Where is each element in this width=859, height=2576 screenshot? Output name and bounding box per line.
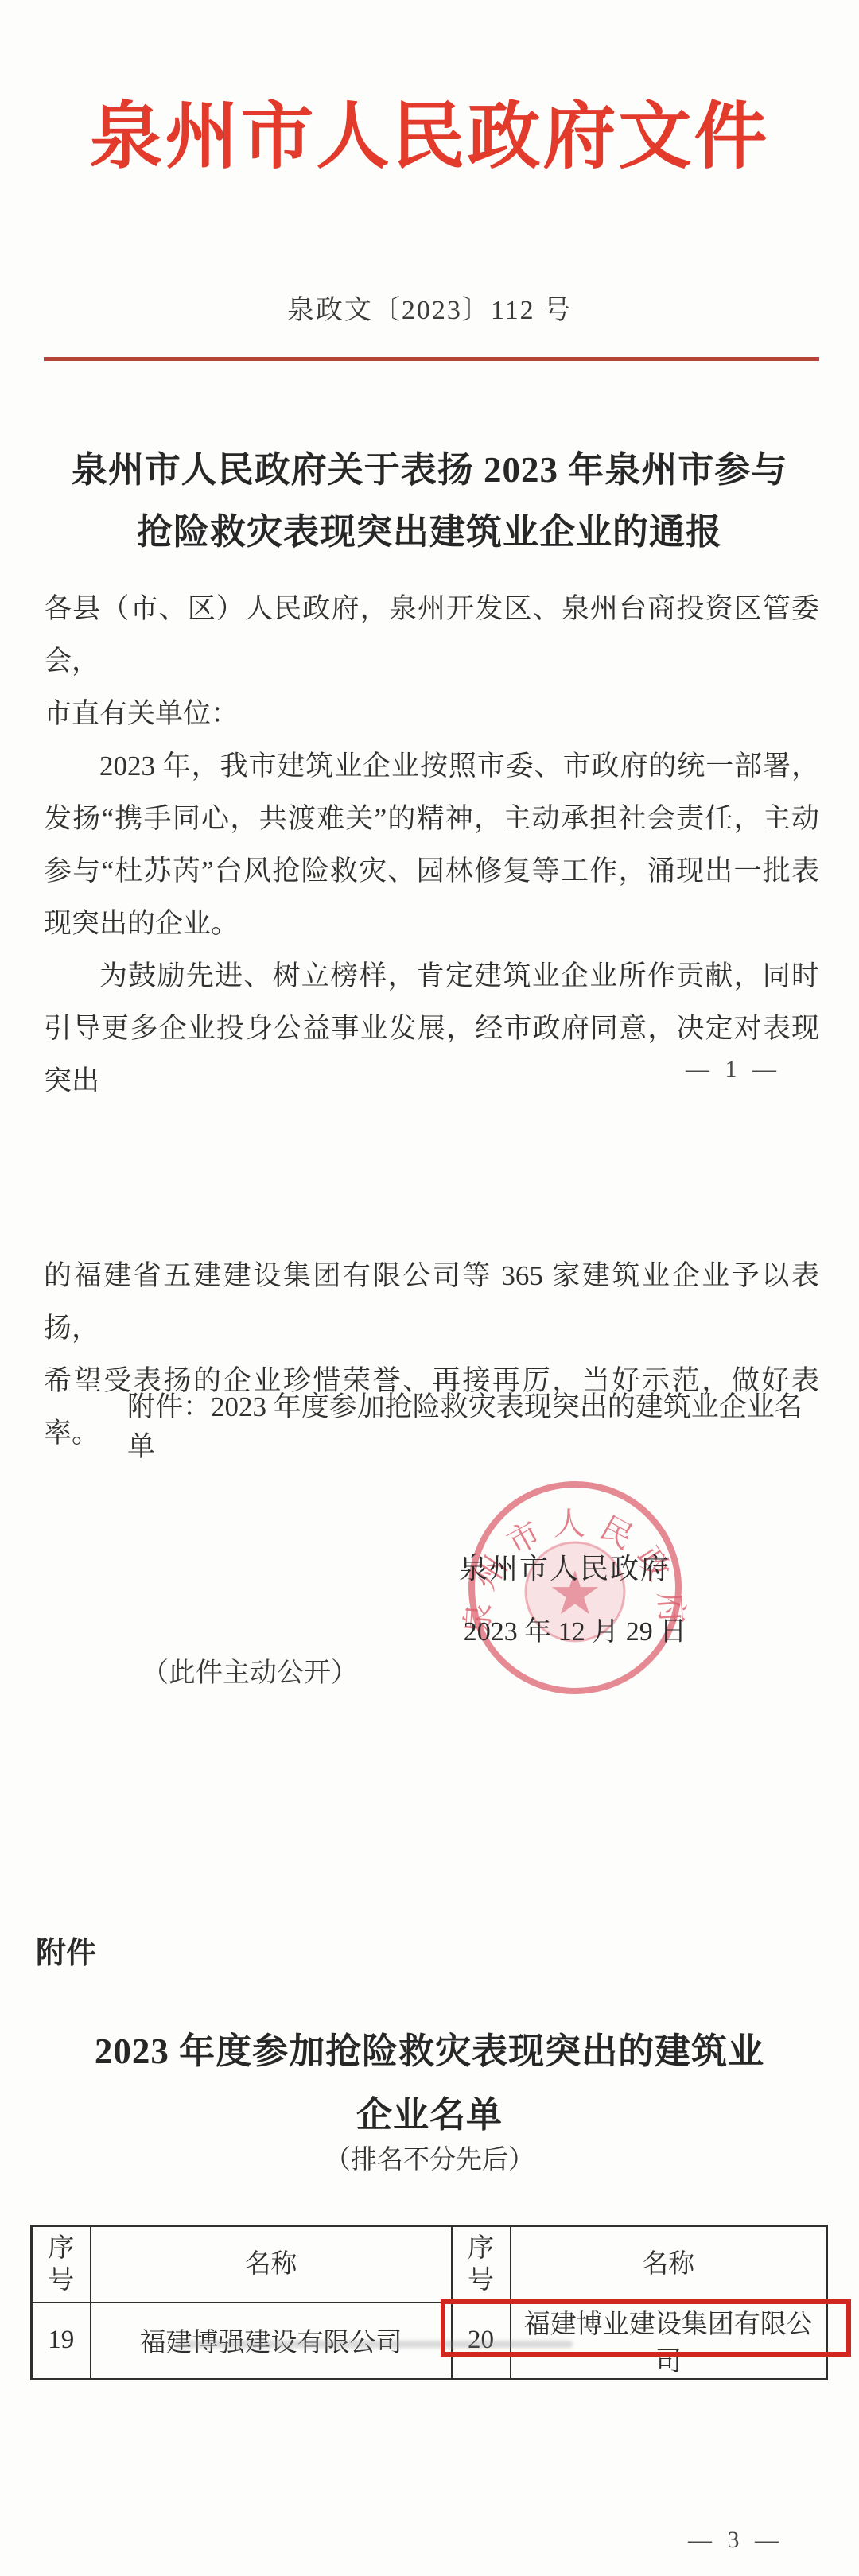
document-body: 各县（市、区）人民政府，泉州开发区、泉州台商投资区管委会， 市直有关单位： 20… [44,583,819,1108]
signature-date: 2023 年 12 月 29 日 [460,1609,690,1648]
attachment-note: 附件：2023 年度参加抢险救灾表现突出的建筑业企业名单 [127,1385,827,1465]
header-serial-right: 序号 [452,2226,511,2302]
header-name-left: 名称 [91,2226,452,2302]
attachment-title-line2: 企业名单 [32,2083,827,2147]
government-seal: ★ 泉州市人民政府 [460,1472,690,1703]
scanned-document: 泉州市人民政府文件 泉政文〔2023〕112 号 泉州市人民政府关于表扬 202… [0,0,859,2576]
document-number: 泉政文〔2023〕112 号 [0,288,859,327]
publicity-note: （此件主动公开） [142,1651,358,1690]
header-name-right: 名称 [511,2226,827,2302]
attachment-title-line1: 2023 年度参加抢险救灾表现突出的建筑业 [32,2019,827,2083]
document-title-line1: 泉州市人民政府关于表扬 2023 年泉州市参与 [32,439,827,501]
signer-authority: 泉州市人民政府 [429,1546,700,1587]
body-paragraph-1: 2023 年，我市建筑业企业按照市委、市政府的统一部署，发扬“携手同心，共渡难关… [44,740,819,950]
header-serial-left: 序号 [32,2226,91,2302]
government-banner-title: 泉州市人民政府文件 [0,73,859,200]
highlight-box [441,2299,851,2357]
attachment-title: 2023 年度参加抢险救灾表现突出的建筑业 企业名单 [32,2019,827,2147]
document-title-line2: 抢险救灾表现突出建筑业企业的通报 [32,501,827,563]
red-divider-rule [44,357,819,361]
table-header-row: 序号 名称 序号 名称 [32,2226,827,2302]
page-number-3: — 3 — [688,2527,783,2554]
attachment-subtitle: （排名不分先后） [0,2139,859,2176]
salutation-line2: 市直有关单位： [44,688,819,740]
body-paragraph-2: 为鼓励先进、树立榜样，肯定建筑业企业所作贡献，同时引导更多企业投身公益事业发展，… [44,950,819,1108]
page-number-1: — 1 — [686,1056,781,1083]
document-title: 泉州市人民政府关于表扬 2023 年泉州市参与 抢险救灾表现突出建筑业企业的通报 [32,439,827,563]
salutation-line1: 各县（市、区）人民政府，泉州开发区、泉州台商投资区管委会， [44,583,819,688]
attachment-label: 附件 [36,1928,96,1972]
continuation-line1: 的福建省五建建设集团有限公司等 365 家建筑业企业予以表扬， [44,1250,819,1355]
cell-serial-19: 19 [32,2302,91,2380]
